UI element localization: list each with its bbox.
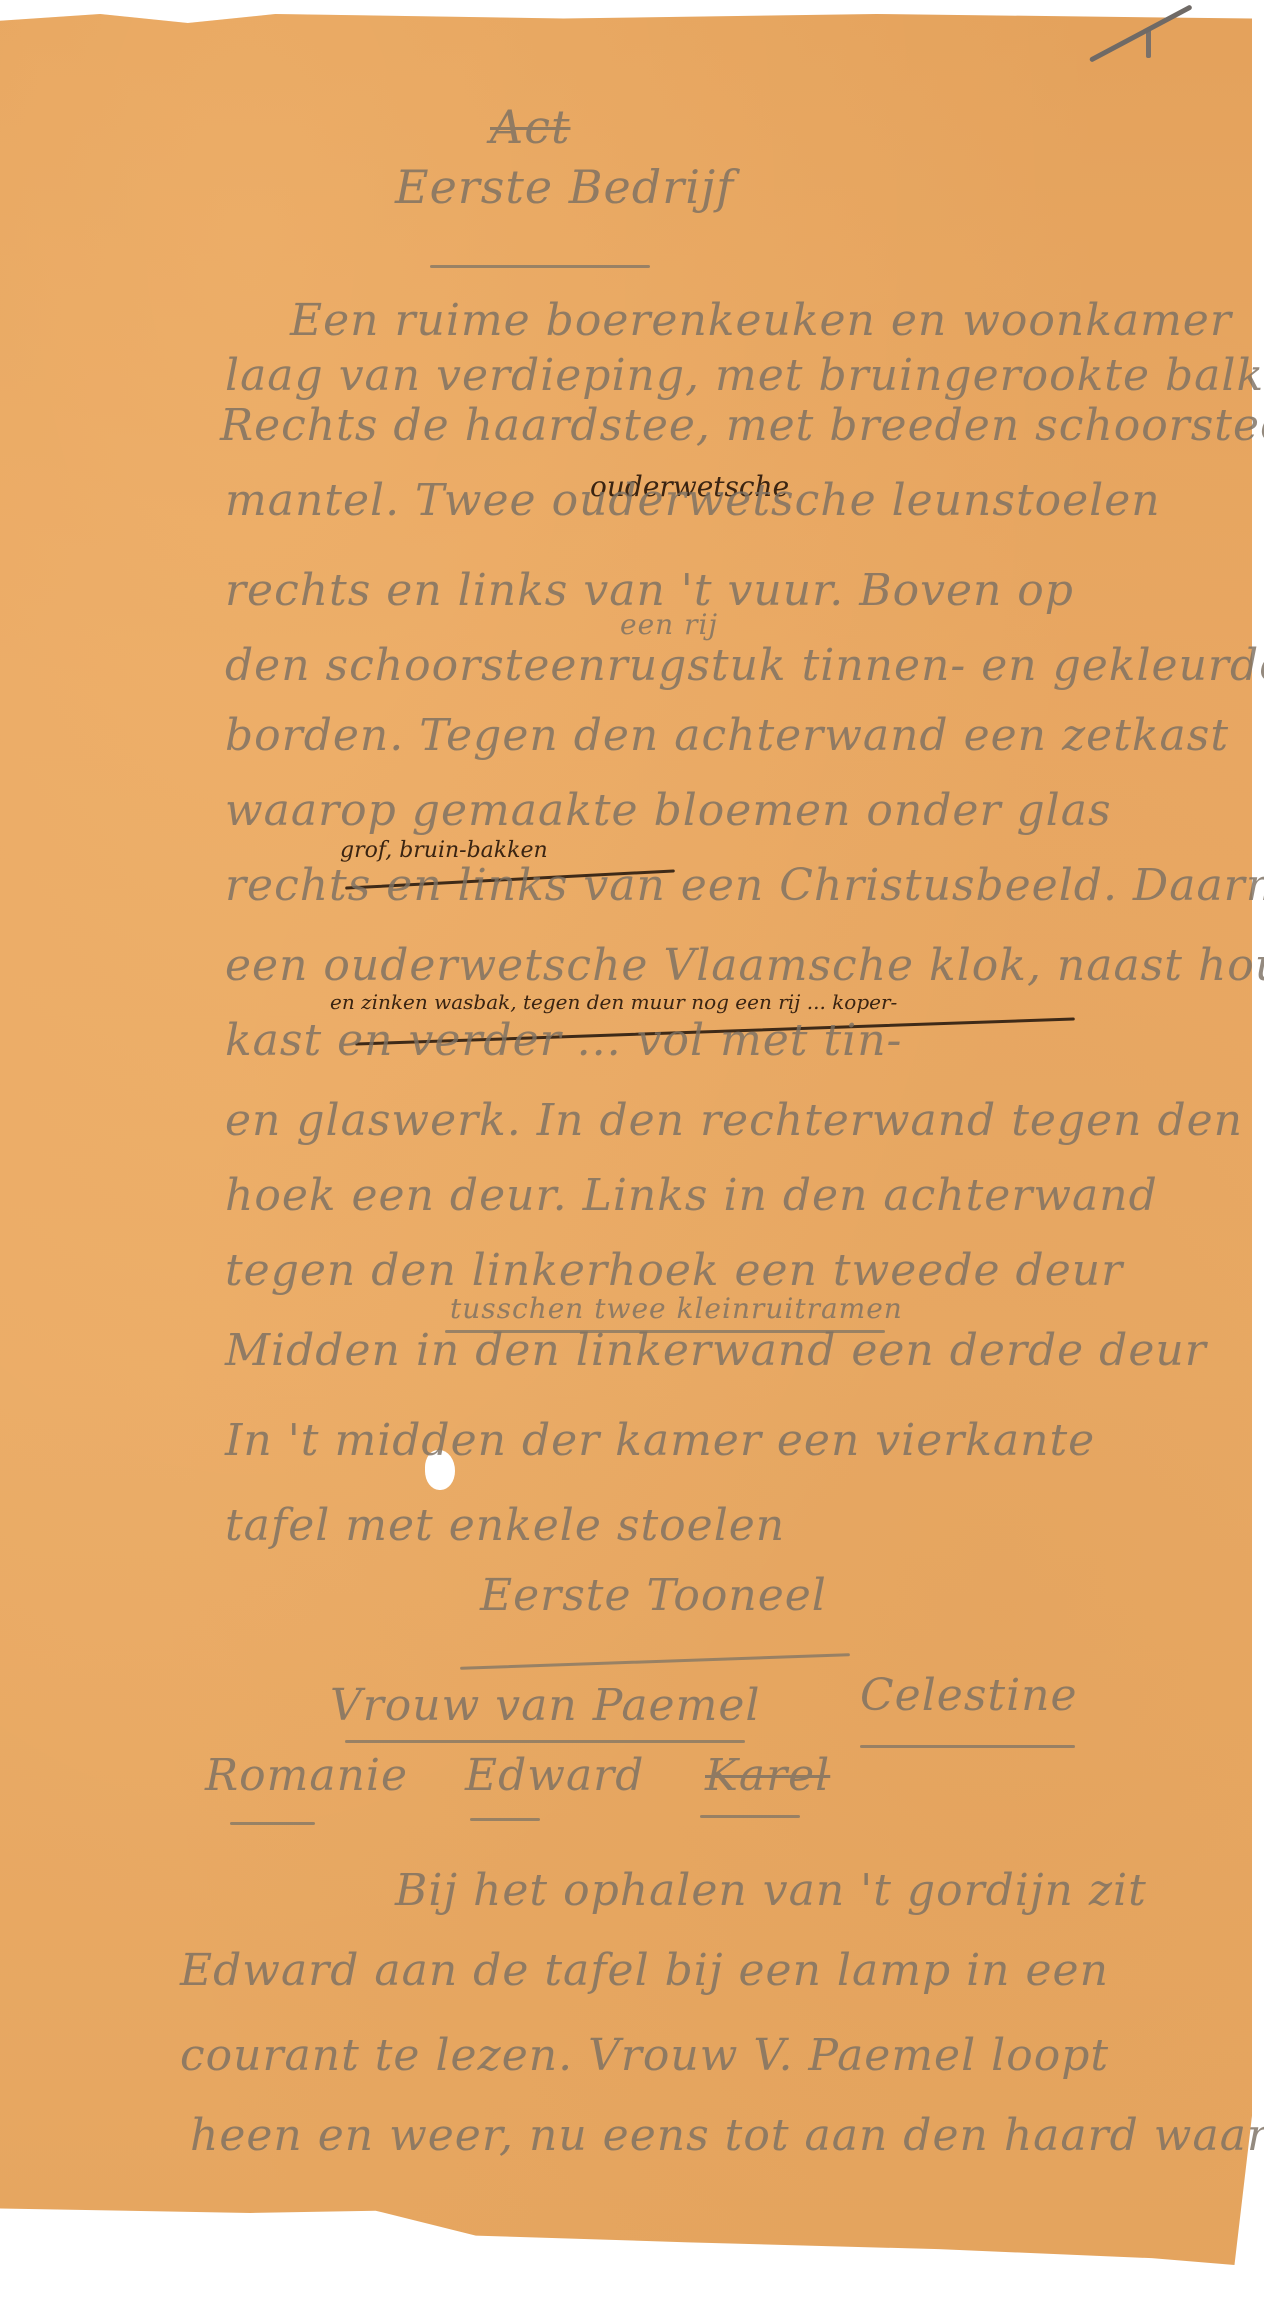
character-underline [345,1740,745,1743]
character-name: Edward [465,1750,644,1801]
direction-line: laag van verdieping, met bruingerookte b… [225,350,1264,401]
scene-title: Eerste Tooneel [480,1570,827,1621]
direction-line: Een ruime boerenkeuken en woonkamer [290,295,1232,346]
pencil-insertion: tusschen twee kleinruitramen [450,1292,903,1325]
act-heading: Eerste Bedrijf [395,160,734,214]
direction-line: tafel met enkele stoelen [225,1500,785,1551]
direction-line: Rechts de haardstee, met breeden schoors… [220,400,1264,451]
heading-underline [430,265,650,268]
character-underline [700,1815,800,1818]
direction-line: mantel. Twee ouderwetsche leunstoelen [225,475,1161,526]
character-name: Celestine [860,1670,1078,1721]
direction-line: hoek een deur. Links in den achterwand [225,1170,1158,1221]
direction-line: borden. Tegen den achterwand een zetkast [225,710,1229,761]
direction-line: kast en verder ... vol met tin- [225,1015,902,1066]
character-underline [470,1818,540,1821]
pencil-insertion: een rij [620,608,718,641]
character-name: Romanie [205,1750,408,1801]
direction-line: den schoorsteenrugstuk tinnen- en gekleu… [225,640,1264,691]
character-underline [230,1822,315,1825]
direction-line: rechts en links van een Christusbeeld. D… [225,860,1264,911]
direction-line: een ouderwetsche Vlaamsche klok, naast h… [225,940,1264,991]
action-line: Edward aan de tafel bij een lamp in een [180,1945,1109,1996]
character-name: Vrouw van Paemel [330,1680,760,1731]
ink-insertion: en zinken wasbak, tegen den muur nog een… [330,990,897,1014]
direction-line: waarop gemaakte bloemen onder glas [225,785,1112,836]
direction-line: tegen den linkerhoek een tweede deur [225,1245,1123,1296]
direction-line: In 't midden der kamer een vierkante [225,1415,1095,1466]
direction-line: en glaswerk. In den rechterwand tegen de… [225,1095,1243,1146]
struck-character-name: Karel [705,1750,830,1801]
direction-line: Midden in den linkerwand een derde deur [225,1325,1207,1376]
character-underline [860,1745,1075,1748]
action-line: heen en weer, nu eens tot aan den haard … [190,2110,1264,2161]
struck-heading: Act [490,100,570,154]
action-line: Bij het ophalen van 't gordijn zit [395,1865,1147,1916]
action-line: courant te lezen. Vrouw V. Paemel loopt [180,2030,1109,2081]
